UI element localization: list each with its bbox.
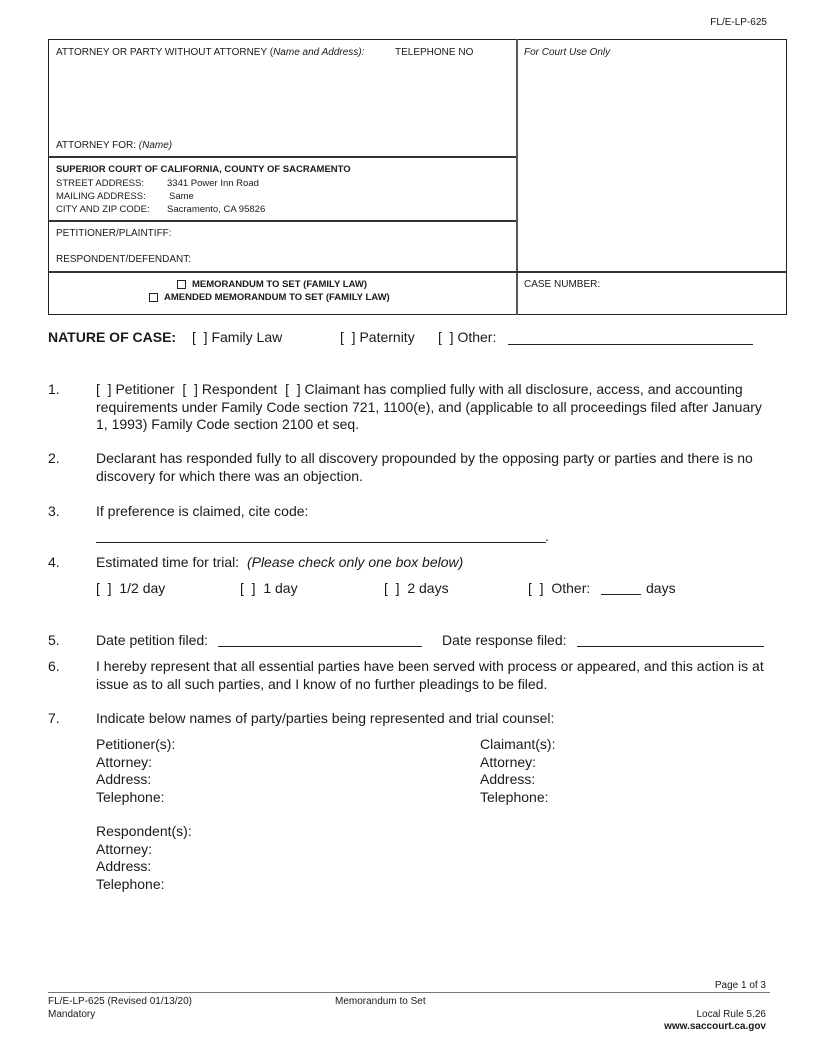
item-number: 5. xyxy=(48,632,60,648)
item-3-text: If preference is claimed, cite code: xyxy=(96,503,776,521)
trial-other-days-field[interactable] xyxy=(601,594,641,595)
claimant-block: Claimant(s): Attorney: Address: Telephon… xyxy=(480,736,555,806)
date-petition-field[interactable] xyxy=(218,646,422,647)
trial-other[interactable]: [ ] Other: xyxy=(528,580,590,598)
date-response-field[interactable] xyxy=(577,646,764,647)
preference-code-field[interactable] xyxy=(96,542,546,543)
memo-option: MEMORANDUM TO SET (FAMILY LAW) xyxy=(177,278,367,291)
form-id: FL/E-LP-625 xyxy=(710,17,767,28)
nature-paternity[interactable]: [ ] Paternity xyxy=(340,329,415,347)
item-4-text: Estimated time for trial: (Please check … xyxy=(96,554,776,572)
street-value: 3341 Power Inn Road xyxy=(167,177,259,190)
petitioner-attorney-label[interactable]: Attorney: xyxy=(96,754,175,772)
mandatory-label: Mandatory xyxy=(48,1008,95,1021)
date-response-label: Date response filed: xyxy=(442,632,567,650)
trial-two-days[interactable]: [ ] 2 days xyxy=(384,580,449,598)
petitioner-address-label[interactable]: Address: xyxy=(96,771,175,789)
respondent-address-label[interactable]: Address: xyxy=(96,858,192,876)
city-value: Sacramento, CA 95826 xyxy=(167,203,265,216)
amended-option: AMENDED MEMORANDUM TO SET (FAMILY LAW) xyxy=(149,291,390,304)
nature-other[interactable]: [ ] Other: xyxy=(438,329,496,347)
nature-family-law[interactable]: [ ] Family Law xyxy=(192,329,282,347)
claimant-address-label[interactable]: Address: xyxy=(480,771,555,789)
street-label: STREET ADDRESS: xyxy=(56,177,144,190)
form-revision: FL/E-LP-625 (Revised 01/13/20) xyxy=(48,995,192,1008)
divider xyxy=(48,220,516,222)
amended-checkbox[interactable] xyxy=(149,293,158,302)
attorney-for-label: ATTORNEY FOR: (Name) xyxy=(56,139,172,152)
respondent-label[interactable]: Respondent(s): xyxy=(96,823,192,841)
item-number: 7. xyxy=(48,710,60,726)
divider xyxy=(48,156,516,158)
petitioner-block: Petitioner(s): Attorney: Address: Teleph… xyxy=(96,736,175,806)
telephone-label: TELEPHONE NO xyxy=(395,46,473,59)
item-number: 2. xyxy=(48,450,60,466)
court-use-label: For Court Use Only xyxy=(524,46,610,59)
mailing-value: Same xyxy=(169,190,194,203)
trial-one-day[interactable]: [ ] 1 day xyxy=(240,580,298,598)
item-number: 6. xyxy=(48,658,60,674)
trial-half-day[interactable]: [ ] 1/2 day xyxy=(96,580,165,598)
respondent-label: RESPONDENT/DEFENDANT: xyxy=(56,253,191,266)
court-name: SUPERIOR COURT OF CALIFORNIA, COUNTY OF … xyxy=(56,163,351,176)
item-1-text[interactable]: [ ] Petitioner [ ] Respondent [ ] Claima… xyxy=(96,381,776,434)
mailing-label: MAILING ADDRESS: xyxy=(56,190,146,203)
item-2-text: Declarant has responded fully to all dis… xyxy=(96,450,776,485)
period: . xyxy=(545,528,549,546)
trial-other-days-suffix: days xyxy=(646,580,676,598)
footer-divider xyxy=(48,992,770,993)
nature-label: NATURE OF CASE: xyxy=(48,329,176,345)
petitioner-label: PETITIONER/PLAINTIFF: xyxy=(56,227,172,240)
item-6-text: I hereby represent that all essential pa… xyxy=(96,658,776,693)
page-number: Page 1 of 3 xyxy=(715,979,766,992)
date-petition-label: Date petition filed: xyxy=(96,632,208,650)
item-number: 3. xyxy=(48,503,60,519)
item-number: 1. xyxy=(48,381,60,397)
form-title: Memorandum to Set xyxy=(335,995,426,1008)
respondent-block: Respondent(s): Attorney: Address: Teleph… xyxy=(96,823,192,893)
claimant-telephone-label[interactable]: Telephone: xyxy=(480,789,555,807)
claimant-label[interactable]: Claimant(s): xyxy=(480,736,555,754)
petitioner-telephone-label[interactable]: Telephone: xyxy=(96,789,175,807)
city-label: CITY AND ZIP CODE: xyxy=(56,203,150,216)
respondent-attorney-label[interactable]: Attorney: xyxy=(96,841,192,859)
respondent-telephone-label[interactable]: Telephone: xyxy=(96,876,192,894)
nature-other-field[interactable] xyxy=(508,344,753,345)
divider xyxy=(48,271,787,273)
petitioner-label[interactable]: Petitioner(s): xyxy=(96,736,175,754)
case-number-label: CASE NUMBER: xyxy=(524,278,600,291)
item-number: 4. xyxy=(48,554,60,570)
memo-checkbox[interactable] xyxy=(177,280,186,289)
website-link[interactable]: www.saccourt.ca.gov xyxy=(664,1020,766,1033)
item-7-text: Indicate below names of party/parties be… xyxy=(96,710,776,728)
claimant-attorney-label[interactable]: Attorney: xyxy=(480,754,555,772)
attorney-label: ATTORNEY OR PARTY WITHOUT ATTORNEY (Name… xyxy=(56,46,364,59)
caption-divider xyxy=(516,39,518,315)
attorney-field[interactable] xyxy=(52,60,512,138)
